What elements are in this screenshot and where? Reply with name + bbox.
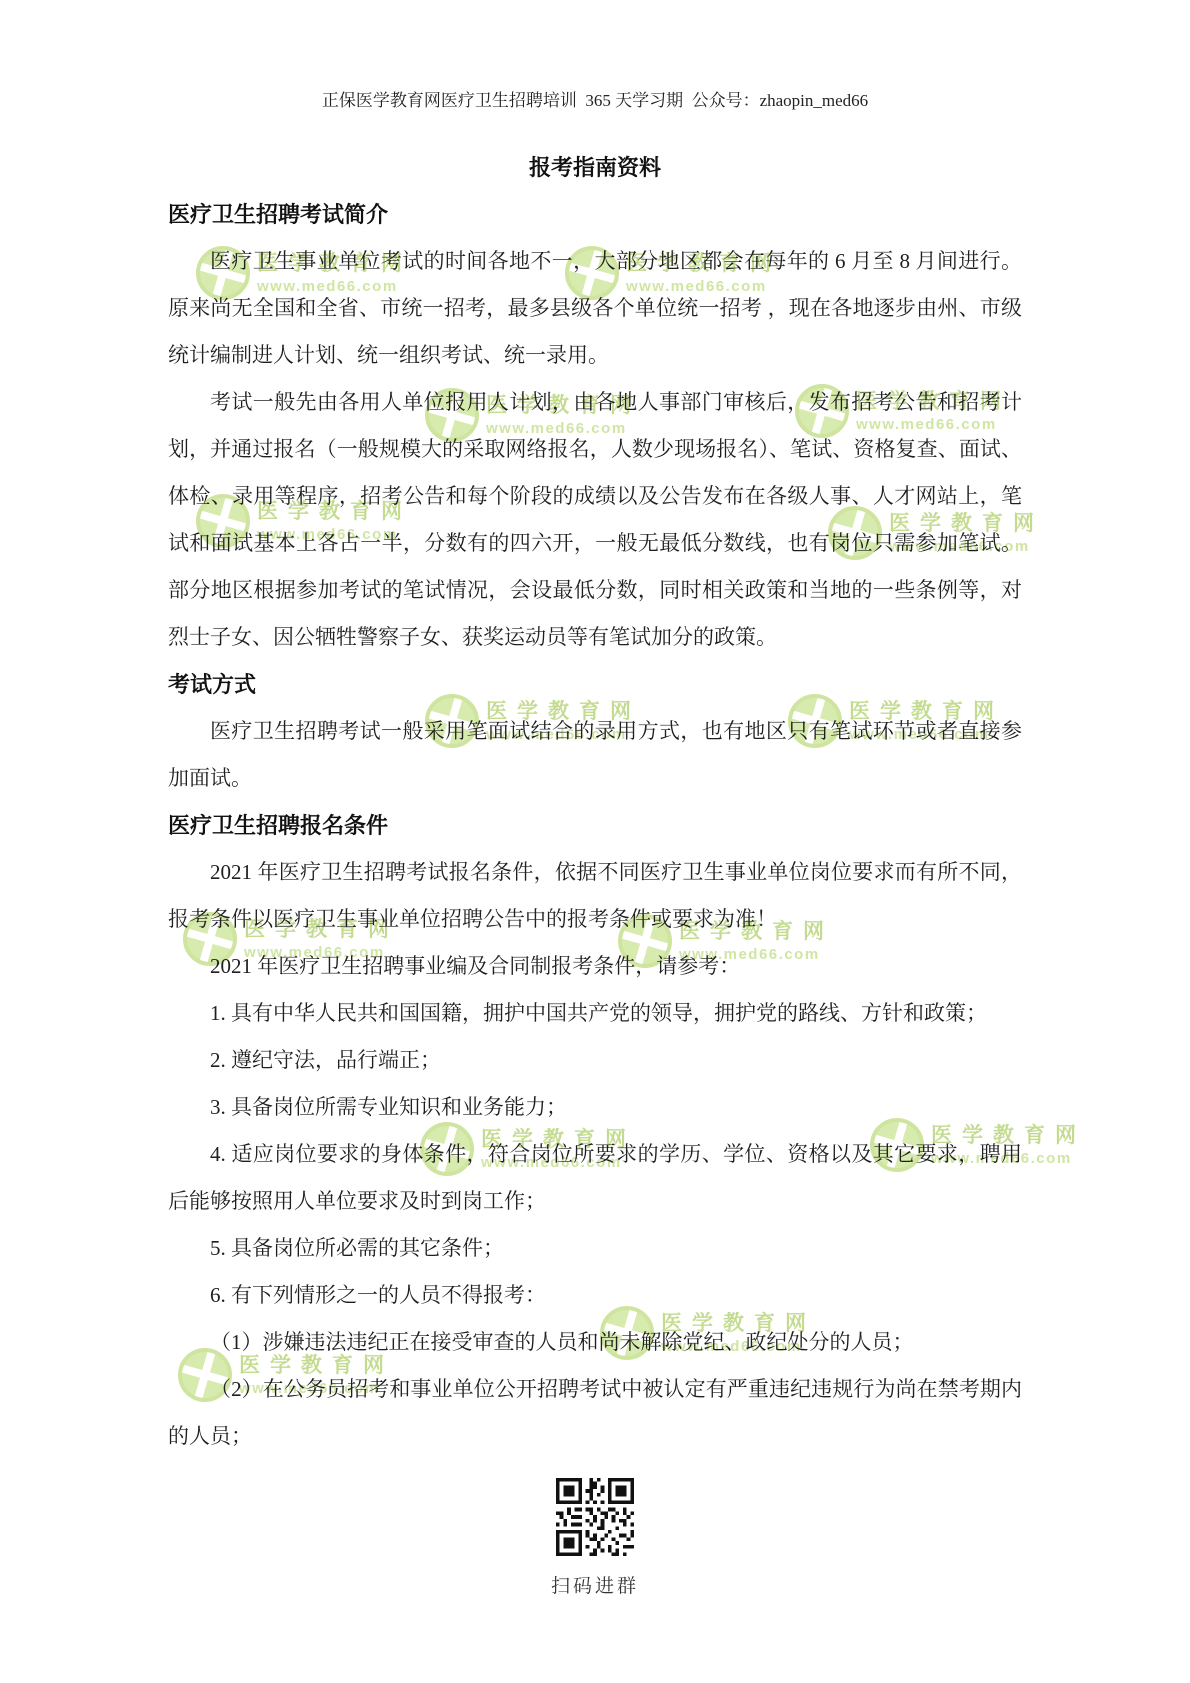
- list-item-2: 2. 遵纪守法，品行端正；: [168, 1037, 1022, 1084]
- list-item-5: 5. 具备岗位所必需的其它条件；: [168, 1225, 1022, 1272]
- section-heading-exam-intro: 医疗卫生招聘考试简介: [168, 191, 1022, 238]
- section-heading-exam-format: 考试方式: [168, 661, 1022, 708]
- qr-caption: 扫码进群: [0, 1571, 1190, 1598]
- document-body: 报考指南资料 医疗卫生招聘考试简介 医疗卫生事业单位考试的时间各地不一，大部分地…: [168, 144, 1022, 1460]
- list-item-6: 6. 有下列情形之一的人员不得报考：: [168, 1272, 1022, 1319]
- qr-footer: 扫码进群: [0, 1478, 1190, 1598]
- paragraph: 医疗卫生事业单位考试的时间各地不一，大部分地区都会在每年的 6 月至 8 月间进…: [168, 238, 1022, 379]
- paragraph: 2021 年医疗卫生招聘事业编及合同制报考条件，请参考：: [168, 943, 1022, 990]
- section-heading-requirements: 医疗卫生招聘报名条件: [168, 802, 1022, 849]
- paragraph: 考试一般先由各用人单位报用人计划，由各地人事部门审核后，发布招考公告和招考计划，…: [168, 379, 1022, 661]
- list-item-3: 3. 具备岗位所需专业知识和业务能力；: [168, 1084, 1022, 1131]
- list-subitem-2: （2）在公务员招考和事业单位公开招聘考试中被认定有严重违纪违规行为尚在禁考期内的…: [168, 1366, 1022, 1460]
- qr-code-image: [556, 1478, 634, 1556]
- list-item-1: 1. 具有中华人民共和国国籍，拥护中国共产党的领导，拥护党的路线、方针和政策；: [168, 990, 1022, 1037]
- paragraph: 医疗卫生招聘考试一般采用笔面试结合的录用方式，也有地区只有笔试环节或者直接参加面…: [168, 708, 1022, 802]
- page-title: 报考指南资料: [168, 144, 1022, 191]
- list-subitem-1: （1）涉嫌违法违纪正在接受审查的人员和尚未解除党纪、政纪处分的人员；: [168, 1319, 1022, 1366]
- list-item-4: 4. 适应岗位要求的身体条件，符合岗位所要求的学历、学位、资格以及其它要求，聘用…: [168, 1131, 1022, 1225]
- page-running-header: 正保医学教育网医疗卫生招聘培训 365 天学习期 公众号：zhaopin_med…: [0, 86, 1190, 111]
- paragraph: 2021 年医疗卫生招聘考试报名条件，依据不同医疗卫生事业单位岗位要求而有所不同…: [168, 849, 1022, 943]
- document-page: 医学教育网www.med66.com 医学教育网www.med66.com 医学…: [0, 0, 1190, 1683]
